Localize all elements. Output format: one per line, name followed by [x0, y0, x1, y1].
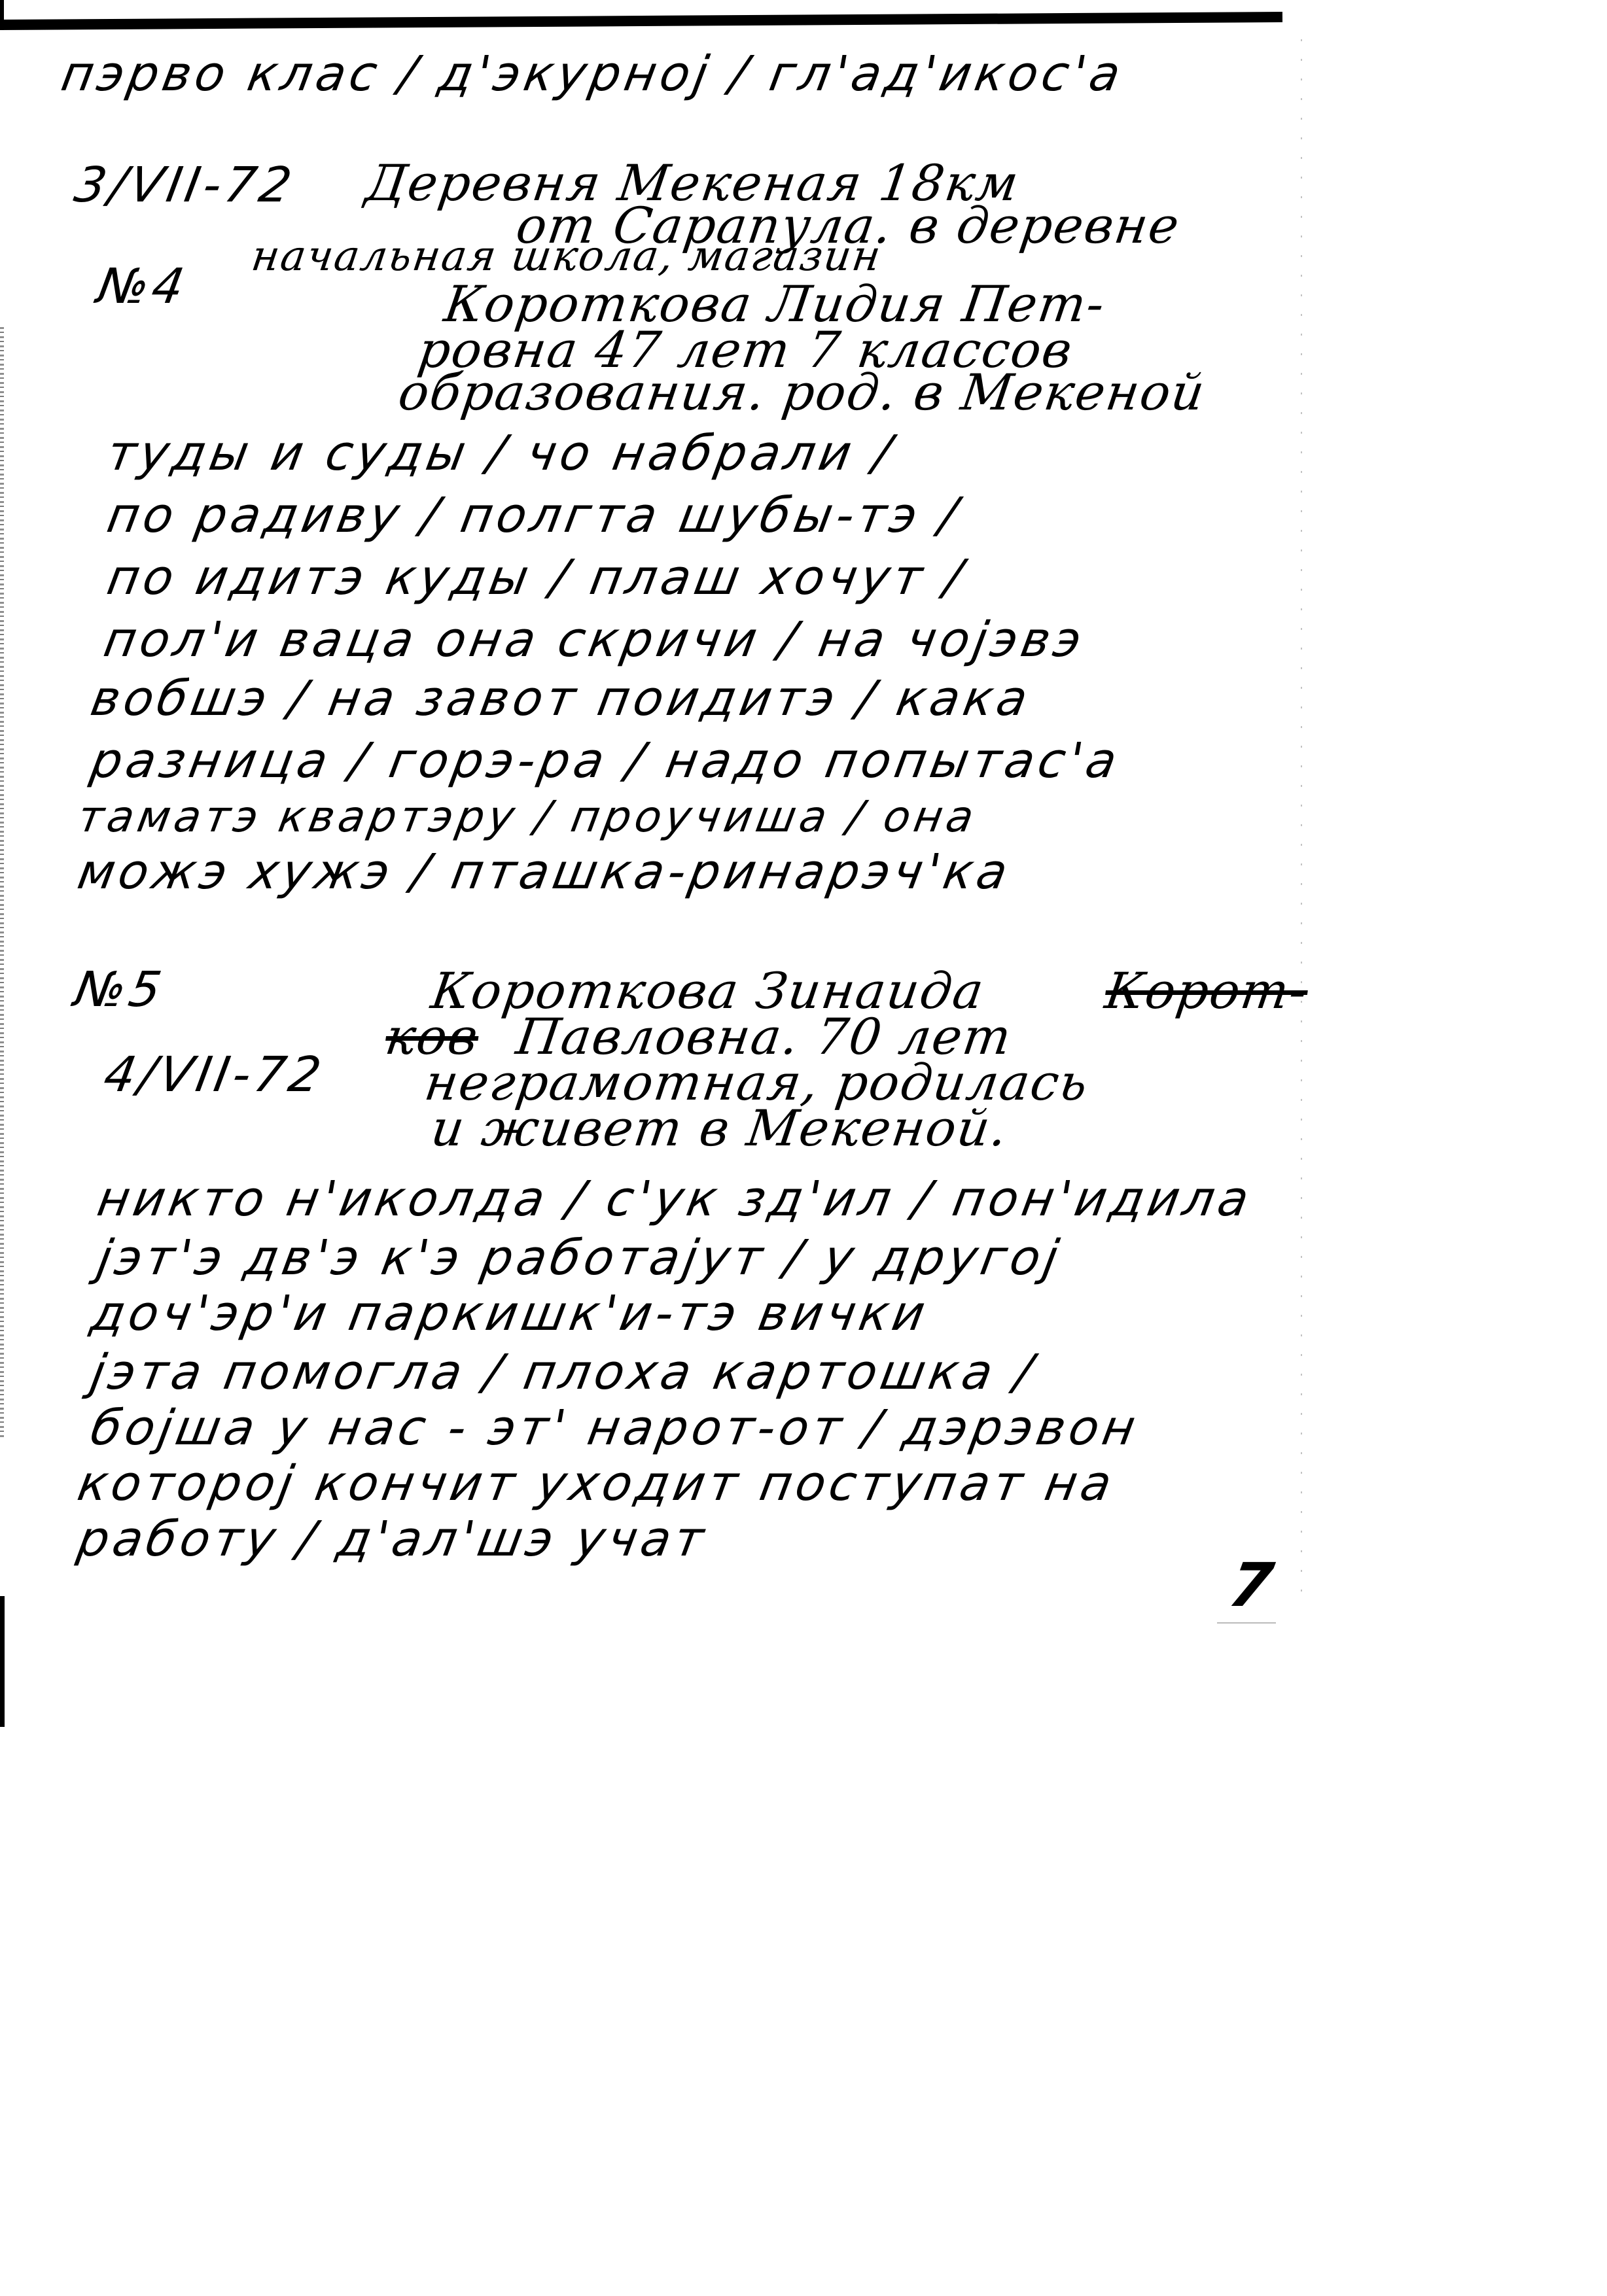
scanned-page: пэрво клас / д'экурној / гл'ад'икос'а 3/… — [0, 0, 1607, 2296]
entry-5-struck-text: Корот- — [1102, 962, 1312, 1020]
entry-4-transcript-line: пол'и ваца она скричи / на чојэвэ — [99, 612, 1089, 668]
entry-5-transcript-line: бојша у нас - эт' нарот-от / дэрэвон — [86, 1400, 1143, 1456]
page-number: 7 — [1224, 1550, 1282, 1620]
entry-5-transcript-line: которој кончит уходит поступат на — [73, 1455, 1120, 1512]
entry-5-transcript-line: работу / д'ал'шэ учат — [73, 1511, 712, 1567]
entry-5-info-line: и живет в Мекеной. — [428, 1099, 1012, 1157]
entry-4-transcript-line: по радиву / полгта шубы-тэ / — [103, 487, 965, 544]
entry-4-transcript-line: можэ хужэ / пташка-ринарэч'ка — [73, 844, 1015, 900]
entry-4-info-line: начальная школа, магазин — [249, 232, 885, 281]
entry-4-transcript-line: вобшэ / на завот поидитэ / кака — [86, 670, 1035, 727]
page-number-underline — [1217, 1622, 1276, 1624]
entry-5-date: 4/VII-72 — [99, 1047, 328, 1103]
entry-5-transcript-line: никто н'иколда / с'ук зд'ил / пон'идила — [93, 1171, 1256, 1227]
page-edge-line — [1301, 39, 1302, 1609]
entry-4-date: 3/VII-72 — [70, 157, 299, 213]
entry-4-info-line: образования. род. в Мекеной — [395, 363, 1209, 421]
scan-border-left — [0, 1596, 5, 1727]
entry-5-transcript-line: доч'эр'и паркишк'и-тэ вички — [86, 1285, 933, 1342]
scan-border-top — [0, 12, 1282, 30]
entry-4-transcript-line: таматэ квартэру / проучиша / она — [74, 791, 981, 842]
scan-border-corner — [0, 0, 4, 30]
entry-5-transcript-line: јэта помогла / плоха картошка / — [86, 1344, 1040, 1400]
entry-4-transcript-line: по идитэ куды / плаш хочут / — [103, 549, 970, 606]
entry-4-transcript-line: разница / горэ-ра / надо попытас'а — [86, 733, 1125, 789]
entry-5-number: №5 — [70, 962, 169, 1018]
entry-4-number: №4 — [93, 258, 192, 315]
entry-5-transcript-line: јэт'э дв'э к'э работајут / у другој — [93, 1230, 1066, 1286]
header-line: пэрво клас / д'экурној / гл'ад'икос'а — [57, 46, 1128, 102]
entry-4-transcript-line: туды и суды / чо набрали / — [103, 425, 899, 481]
scan-edge-noise — [0, 327, 4, 1439]
